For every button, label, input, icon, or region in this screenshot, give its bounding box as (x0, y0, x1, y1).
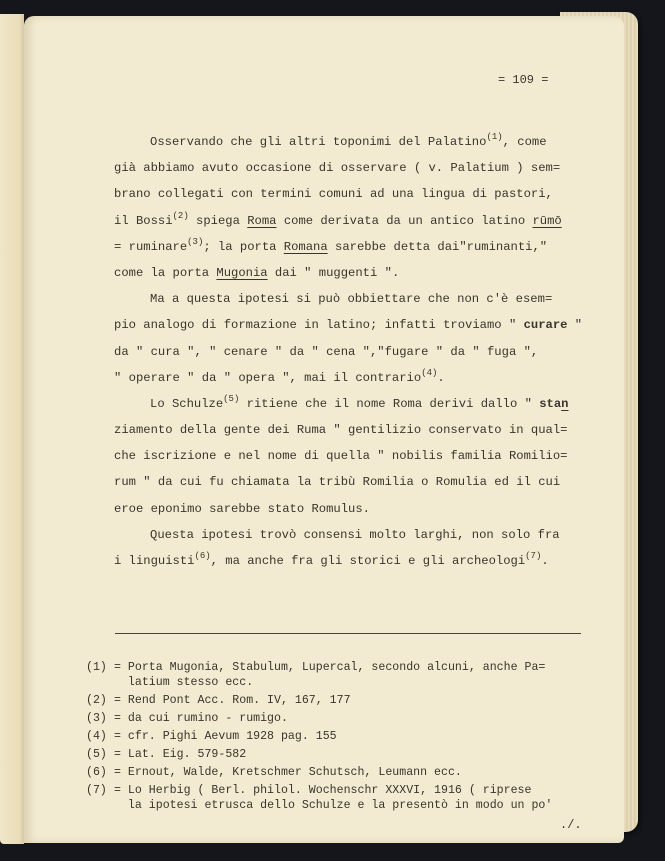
text-run: . (437, 371, 444, 385)
footnote-text: = da cui rumino - rumigo. (114, 711, 288, 726)
body-line: rum " da cui fu chiamata la tribù Romili… (114, 469, 614, 495)
text-run: che iscrizione e nel nome di quella " no… (114, 449, 567, 463)
footnote-ref: (4) (421, 368, 437, 378)
text-run: spiega (189, 214, 248, 228)
text-run: da " cura ", " cenare " da " cena ","fug… (114, 345, 538, 359)
footnote-number: (3) (86, 711, 114, 726)
text-run: come derivata da un antico latino (277, 214, 533, 228)
footnote-text: = Lo Herbig ( Berl. philol. Wochenschr X… (114, 783, 552, 813)
text-run: ritiene che il nome Roma derivi dallo " (239, 397, 539, 411)
footnote: (6)= Ernout, Walde, Kretschmer Schutsch,… (86, 765, 606, 780)
body-line: pio analogo di formazione in latino; inf… (114, 312, 614, 338)
text-run: brano collegati con termini comuni ad un… (114, 187, 553, 201)
footnote: (4)= cfr. Pighi Aevum 1928 pag. 155 (86, 729, 606, 744)
text-run: Ma a questa ipotesi si può obbiettare ch… (150, 292, 552, 306)
footnote: (3)= da cui rumino - rumigo. (86, 711, 606, 726)
body-line: da " cura ", " cenare " da " cena ","fug… (114, 339, 614, 365)
text-run: sarebbe detta dai"ruminanti," (328, 240, 547, 254)
footnote-text: = Lat. Eig. 579-582 (114, 747, 246, 762)
footnote-text: = Porta Mugonia, Stabulum, Lupercal, sec… (114, 660, 545, 690)
emphasis: n (561, 397, 568, 411)
text-run: ziamento della gente dei Ruma " gentiliz… (114, 423, 567, 437)
footnote-text: = Rend Pont Acc. Rom. IV, 167, 177 (114, 693, 351, 708)
body-line: = ruminare(3); la porta Romana sarebbe d… (114, 234, 614, 260)
text-run: pio analogo di formazione in latino; inf… (114, 318, 524, 332)
text-run: ; la porta (203, 240, 283, 254)
text-run: dai " muggenti ". (268, 266, 400, 280)
body-line: " operare " da " opera ", mai il contrar… (114, 365, 614, 391)
text-run: . (541, 554, 548, 568)
text-run: come la porta (114, 266, 216, 280)
body-text: Osservando che gli altri toponimi del Pa… (114, 129, 614, 574)
footnote: (1)= Porta Mugonia, Stabulum, Lupercal, … (86, 660, 606, 690)
underlined-term: Roma (247, 214, 276, 228)
underlined-term: Mugonia (216, 266, 267, 280)
footnote-divider (115, 633, 581, 634)
footnotes: (1)= Porta Mugonia, Stabulum, Lupercal, … (86, 660, 606, 816)
text-run: già abbiamo avuto occasione di osservare… (114, 161, 560, 175)
body-line: il Bossi(2) spiega Roma come derivata da… (114, 208, 614, 234)
footnote-number: (2) (86, 693, 114, 708)
footnote-number: (5) (86, 747, 114, 762)
text-run: " operare " da " opera ", mai il contrar… (114, 371, 421, 385)
footnote: (5)= Lat. Eig. 579-582 (86, 747, 606, 762)
body-line: già abbiamo avuto occasione di osservare… (114, 155, 614, 181)
body-line: Ma a questa ipotesi si può obbiettare ch… (114, 286, 614, 312)
text-run: Lo Schulze (150, 397, 223, 411)
footnote-text: = Ernout, Walde, Kretschmer Schutsch, Le… (114, 765, 462, 780)
text-run: , come (503, 135, 547, 149)
text-run: = ruminare (114, 240, 187, 254)
facing-page-edge (0, 14, 24, 844)
underlined-term: Romana (284, 240, 328, 254)
body-line: eroe eponimo sarebbe stato Romulus. (114, 496, 614, 522)
footnote-number: (1) (86, 660, 114, 690)
text-run: i linguisti (114, 554, 194, 568)
text-run: eroe eponimo sarebbe stato Romulus. (114, 502, 370, 516)
body-line: Lo Schulze(5) ritiene che il nome Roma d… (114, 391, 614, 417)
body-line: come la porta Mugonia dai " muggenti ". (114, 260, 614, 286)
footnote-ref: (7) (525, 551, 541, 561)
body-line: i linguisti(6), ma anche fra gli storici… (114, 548, 614, 574)
body-line: brano collegati con termini comuni ad un… (114, 181, 614, 207)
footnote-number: (4) (86, 729, 114, 744)
emphasis: curare (524, 318, 568, 332)
footnote-text: = cfr. Pighi Aevum 1928 pag. 155 (114, 729, 337, 744)
text-run: rum " da cui fu chiamata la tribù Romili… (114, 475, 560, 489)
body-line: che iscrizione e nel nome di quella " no… (114, 443, 614, 469)
footnote-ref: (5) (223, 394, 239, 404)
footnote: (2)= Rend Pont Acc. Rom. IV, 167, 177 (86, 693, 606, 708)
text-run: Questa ipotesi trovò consensi molto larg… (150, 528, 560, 542)
footnote: (7)= Lo Herbig ( Berl. philol. Wochensch… (86, 783, 606, 813)
footnote-ref: (6) (194, 551, 210, 561)
footnote-ref: (1) (486, 132, 502, 142)
body-line: Questa ipotesi trovò consensi molto larg… (114, 522, 614, 548)
underlined-term: rūmō (532, 214, 561, 228)
text-run: Osservando che gli altri toponimi del Pa… (150, 135, 486, 149)
continuation-mark: ./. (560, 818, 582, 832)
text-run: il Bossi (114, 214, 173, 228)
footnote-ref: (3) (187, 237, 203, 247)
footnote-number: (6) (86, 765, 114, 780)
footnote-number: (7) (86, 783, 114, 813)
page-number: = 109 = (498, 73, 548, 87)
typewritten-page: = 109 = Osservando che gli altri toponim… (24, 16, 624, 843)
body-line: ziamento della gente dei Ruma " gentiliz… (114, 417, 614, 443)
text-run: " (567, 318, 582, 332)
text-run: , ma anche fra gli storici e gli archeol… (211, 554, 526, 568)
footnote-ref: (2) (173, 211, 189, 221)
body-line: Osservando che gli altri toponimi del Pa… (114, 129, 614, 155)
emphasis: sta (539, 397, 561, 411)
